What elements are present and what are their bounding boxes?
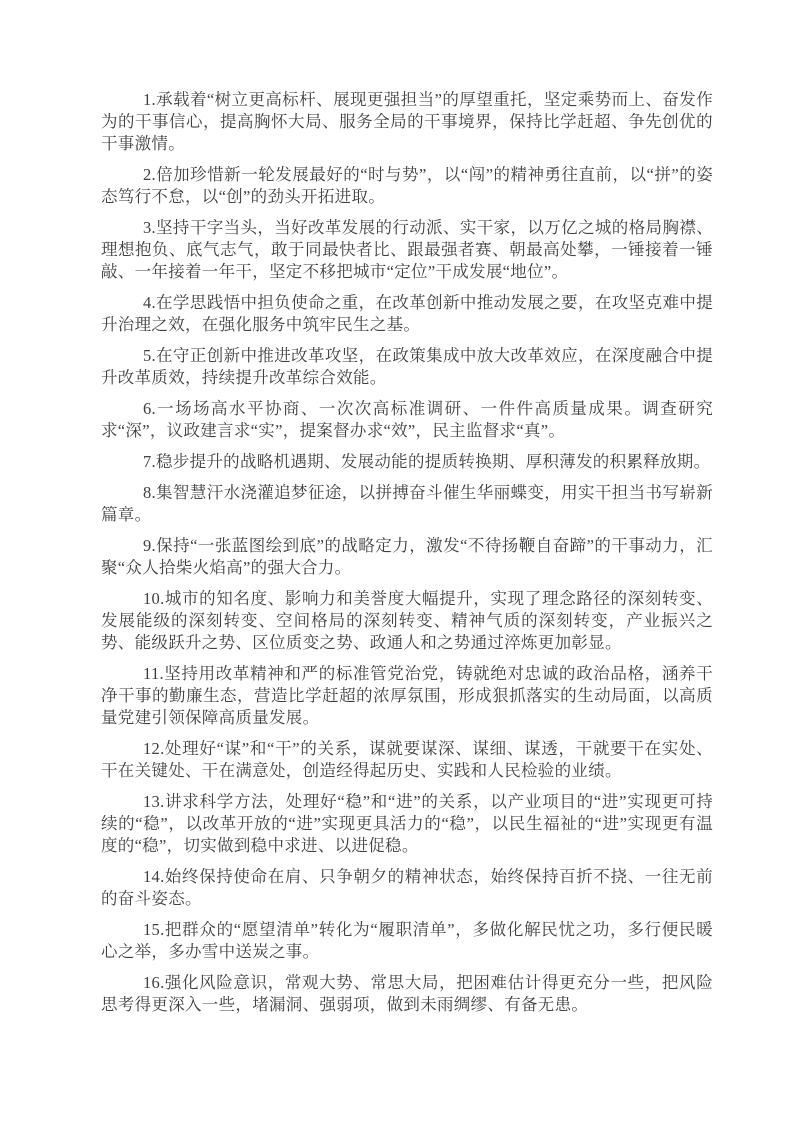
paragraph-11: 11.坚持用改革精神和严的标准管党治党，铸就绝对忠诚的政治品格，涵养干净干事的勤… [101, 663, 713, 729]
paragraph-5: 5.在守正创新中推进改革攻坚，在政策集成中放大改革效应，在深度融合中提升改革质效… [101, 345, 713, 389]
paragraph-4: 4.在学思践悟中担负使命之重，在改革创新中推动发展之要，在攻坚克难中提升治理之效… [101, 292, 713, 336]
paragraph-14: 14.始终保持使命在肩、只争朝夕的精神状态，始终保持百折不挠、一往无前的奋斗姿态… [101, 866, 713, 910]
paragraph-12: 12.处理好“谋”和“干”的关系，谋就要谋深、谋细、谋透，干就要干在实处、干在关… [101, 738, 713, 782]
paragraph-1: 1.承载着“树立更高标杆、展现更强担当”的厚望重托，坚定乘势而上、奋发作为的干事… [101, 89, 713, 155]
paragraph-13: 13.讲求科学方法，处理好“稳”和“进”的关系，以产业项目的“进”实现更可持续的… [101, 791, 713, 857]
paragraph-9: 9.保持“一张蓝图绘到底”的战略定力，激发“不待扬鞭自奋蹄”的干事动力，汇聚“众… [101, 535, 713, 579]
paragraph-8: 8.集智慧汗水浇灌追梦征途，以拼搏奋斗催生华丽蝶变，用实干担当书写崭新篇章。 [101, 482, 713, 526]
paragraph-15: 15.把群众的“愿望清单”转化为“履职清单”，多做化解民忧之功，多行便民暖心之举… [101, 919, 713, 963]
document-page: 1.承载着“树立更高标杆、展现更强担当”的厚望重托，坚定乘势而上、奋发作为的干事… [0, 0, 793, 1122]
paragraph-6: 6.一场场高水平协商、一次次高标准调研、一件件高质量成果。调查研究求“深”，议政… [101, 398, 713, 442]
paragraph-3: 3.坚持干字当头，当好改革发展的行动派、实干家，以万亿之城的格局胸襟、理想抱负、… [101, 217, 713, 283]
paragraph-2: 2.倍加珍惜新一轮发展最好的“时与势”，以“闯”的精神勇往直前，以“拼”的姿态笃… [101, 164, 713, 208]
paragraph-10: 10.城市的知名度、影响力和美誉度大幅提升，实现了理念路径的深刻转变、发展能级的… [101, 588, 713, 654]
paragraph-7: 7.稳步提升的战略机遇期、发展动能的提质转换期、厚积薄发的积累释放期。 [101, 451, 713, 473]
paragraph-16: 16.强化风险意识，常观大势、常思大局，把困难估计得更充分一些，把风险思考得更深… [101, 972, 713, 1016]
